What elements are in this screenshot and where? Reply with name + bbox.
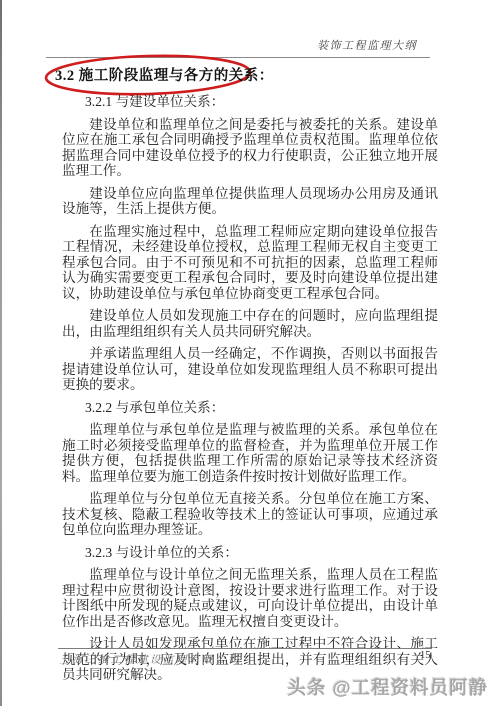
footer-company-name: 上海三维工程建设监理有限公司 <box>59 652 241 667</box>
paragraph: 监理单位与承包单位是监理与被监理的关系。承包单位在施工时必须接受监理单位的监督检… <box>62 422 438 484</box>
page-left-edge <box>0 0 2 706</box>
page-number: 15 <box>420 650 431 661</box>
paragraph: 监理单位与设计单位之间无监理关系，监理人员在工程监理过程中应贯彻设计意图，按设计… <box>62 567 438 629</box>
paragraph: 建设单位和监理单位之间是委托与被委托的关系。建设单位应在施工承包合同明确授予监理… <box>62 117 438 179</box>
header-title: 装饰工程监理大纲 <box>317 37 417 53</box>
section-heading: 3.2.2 与承包单位关系： <box>62 400 438 416</box>
paragraph: 建设单位应向监理单位提供监理人员现场办公用房及通讯设施等，生活上提供方便。 <box>62 186 438 217</box>
paragraph: 并承诺监理组人员一经确定，不作调换，否则以书面报告提请建设单位认可，建设单位如发… <box>62 346 438 393</box>
section-3-2-1: 3.2.1 与建设单位关系： 建设单位和监理单位之间是委托与被委托的关系。建设单… <box>62 94 438 393</box>
document-page: { "document": { "header": { "title": "装饰… <box>0 0 500 706</box>
paragraph: 监理单位与分包单位无直接关系。分包单位在施工方案、技术复核、隐蔽工程验收等技术上… <box>62 491 438 538</box>
section-heading: 3.2.3 与设计单位的关系： <box>62 545 438 561</box>
document-body: 3.2 施工阶段监理与各方的关系： 3.2.1 与建设单位关系： 建设单位和监理… <box>62 63 438 690</box>
watermark-text: 头条 @工程资料员阿静 <box>287 674 488 700</box>
section-3-2-2: 3.2.2 与承包单位关系： 监理单位与承包单位是监理与被监理的关系。承包单位在… <box>62 400 438 538</box>
paragraph: 在监理实施过程中，总监理工程师应定期向建设单位报告工程情况，未经建设单位授权，总… <box>62 224 438 302</box>
footer-rule <box>58 648 432 649</box>
section-heading: 3.2.1 与建设单位关系： <box>62 94 438 110</box>
header-rule <box>46 57 430 58</box>
main-heading: 3.2 施工阶段监理与各方的关系： <box>55 67 438 85</box>
paragraph: 建设单位人员如发现施工中存在的问题时，应向监理组提出，由监理组组织有关人员共同研… <box>62 308 438 339</box>
